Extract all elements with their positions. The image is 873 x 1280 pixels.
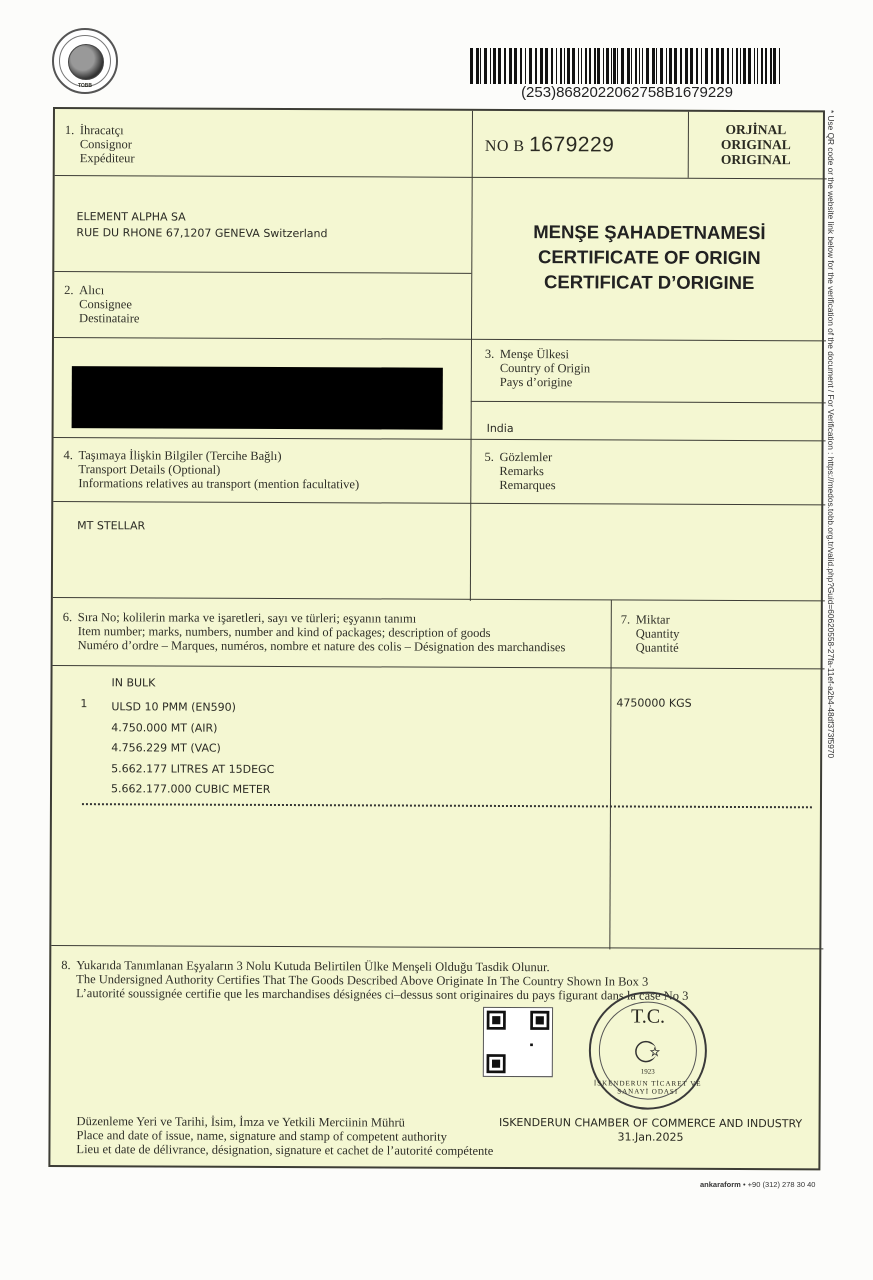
issuing-authority: ISKENDERUN CHAMBER OF COMMERCE AND INDUS… xyxy=(490,1116,810,1145)
globe-icon xyxy=(68,44,104,80)
goods-line: 5.662.177 LITRES AT 15DEGC xyxy=(111,759,274,780)
printer-credit: ankaraform • +90 (312) 278 30 40 xyxy=(700,1180,815,1189)
stamp-ring-text: İSKENDERUN TİCARET VE SANAYİ ODASI xyxy=(591,1079,705,1095)
certificate-form: NO B 1679229 ORJİNAL ORIGINAL ORIGINAL M… xyxy=(48,107,825,1170)
box4-label: 4.Taşımaya İlişkin Bilgiler (Tercihe Bağ… xyxy=(63,448,359,491)
country-of-origin-value: India xyxy=(487,422,514,435)
title-tr: MENŞE ŞAHADETNAMESİ xyxy=(474,219,824,246)
dotted-separator xyxy=(82,803,812,808)
qr-code-icon xyxy=(484,1008,552,1076)
goods-item-number: 1 xyxy=(80,697,87,710)
printer-phone: • +90 (312) 278 30 40 xyxy=(743,1180,815,1189)
stamp-year: 1923 xyxy=(591,1067,705,1075)
tobb-logo: TOBB xyxy=(52,28,118,94)
logo-label: TOBB xyxy=(54,83,116,89)
goods-line: ULSD 10 PMM (EN590) xyxy=(111,697,274,718)
title-en: CERTIFICATE OF ORIGIN xyxy=(474,244,824,271)
document-title: MENŞE ŞAHADETNAMESİ CERTIFICATE OF ORIGI… xyxy=(474,219,824,296)
goods-header: IN BULK xyxy=(111,676,155,689)
box8-place-label: Düzenleme Yeri ve Tarihi, İsim, İmza ve … xyxy=(76,1114,493,1158)
box1-label: 1.İhracatçı Consignor Expéditeur xyxy=(65,123,135,165)
box3-label: 3.Menşe Ülkesi Country of Origin Pays d’… xyxy=(485,347,590,389)
original-mark: ORJİNAL ORIGINAL ORIGINAL xyxy=(691,122,821,168)
goods-line: 4.750.000 MT (AIR) xyxy=(111,718,274,739)
verification-note-text: * Use QR code or the website link below … xyxy=(826,110,836,758)
consignee-redacted xyxy=(72,366,443,430)
certificate-number-value: 1679229 xyxy=(529,133,614,156)
certificate-number-prefix: NO B xyxy=(485,138,525,155)
issue-date: 31.Jan.2025 xyxy=(490,1130,810,1145)
box6-label: 6.Sıra No; kolilerin marka ve işaretleri… xyxy=(63,610,566,654)
original-tr: ORJİNAL xyxy=(691,122,821,138)
barcode xyxy=(470,48,784,84)
box5-label: 5.Gözlemler Remarks Remarques xyxy=(484,450,555,492)
goods-line: 4.756.229 MT (VAC) xyxy=(111,738,274,759)
verification-note: * Use QR code or the website link below … xyxy=(826,110,840,820)
crescent-star-icon xyxy=(634,1038,662,1066)
box7-label: 7.Miktar Quantity Quantité xyxy=(621,612,680,654)
official-stamp: T.C. 1923 İSKENDERUN TİCARET VE SANAYİ O… xyxy=(589,991,708,1110)
title-fr: CERTIFICAT D’ORIGINE xyxy=(474,269,824,296)
original-fr: ORIGINAL xyxy=(691,152,821,168)
original-en: ORIGINAL xyxy=(691,137,821,153)
stamp-top-text: T.C. xyxy=(591,1005,705,1028)
barcode-number: (253)8682022062758B1679229 xyxy=(470,84,784,101)
goods-description: ULSD 10 PMM (EN590) 4.750.000 MT (AIR) 4… xyxy=(111,697,275,801)
box2-label: 2.Alıcı Consignee Destinataire xyxy=(64,283,140,325)
consignor-name: ELEMENT ALPHA SA xyxy=(76,209,327,226)
authority-name: ISKENDERUN CHAMBER OF COMMERCE AND INDUS… xyxy=(491,1116,811,1131)
transport-value: MT STELLAR xyxy=(77,519,145,532)
box8-label: 8.Yukarıda Tanımlanan Eşyaların 3 Nolu K… xyxy=(61,958,688,1003)
consignor-address: RUE DU RHONE 67,1207 GENEVA Switzerland xyxy=(76,225,327,242)
printer-brand: ankaraform xyxy=(700,1180,741,1189)
goods-line: 5.662.177.000 CUBIC METER xyxy=(111,780,274,801)
certificate-number: NO B 1679229 xyxy=(485,133,615,158)
quantity-value: 4750000 KGS xyxy=(616,696,691,709)
consignor-value: ELEMENT ALPHA SA RUE DU RHONE 67,1207 GE… xyxy=(76,209,327,242)
verification-qr-code[interactable] xyxy=(483,1007,553,1077)
